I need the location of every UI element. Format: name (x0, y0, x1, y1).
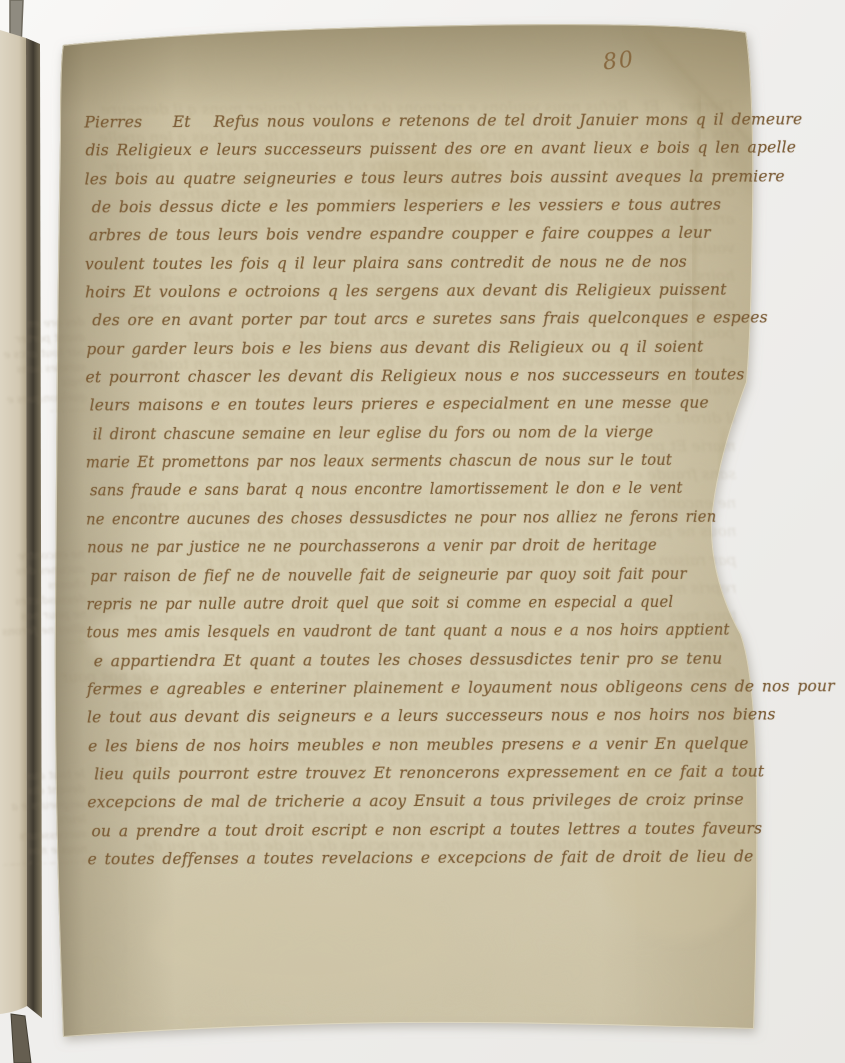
folio-number: 80 (602, 47, 636, 75)
manuscript-text-line: dis Religieux e leurs successeurs puisse… (85, 139, 746, 170)
gutter-shadow (26, 38, 42, 1018)
manuscript-text-line: les bois au quatre seigneuries e tous le… (85, 167, 747, 198)
manuscript-text-line: voulent toutes les fois q il leur plaira… (85, 252, 747, 283)
marginal-show-through: des ore en avant porter par tout arcs e … (0, 315, 88, 414)
manuscript-text-line: lieu quils pourront estre trouvez Et ren… (94, 762, 749, 793)
previous-page-edge (0, 30, 27, 1014)
manuscript-text-line: fermes e agreables e enteriner plainemen… (87, 677, 749, 708)
manuscript-text-line: il diront chascune semaine en leur eglis… (93, 422, 715, 453)
manuscript-text-line: tous mes amis lesquels en vaudront de ta… (87, 621, 716, 652)
manuscript-text-line: de bois dessus dicte e les pommiers lesp… (92, 196, 747, 227)
manuscript-text-line: e les biens de nos hoirs meubles e non m… (88, 734, 749, 765)
manuscript-text-line: marie Et promettons par nos leaux sermen… (86, 451, 715, 482)
manuscript-text-block: Pierres Et Refus nous voulons e retenons… (84, 111, 749, 879)
manuscript-text-line: excepcions de mal de tricherie a acoy En… (87, 791, 749, 822)
manuscript-text-line: e toutes deffenses a toutes revelacions … (88, 847, 750, 878)
manuscript-text-line: nous ne par justice ne ne pourchasserons… (87, 536, 715, 567)
marginal-show-through: le tout aus devant dis seigneurs e a leu… (0, 767, 88, 866)
manuscript-text-line: Pierres Et Refus nous voulons e retenons… (84, 111, 746, 142)
manuscript-text-line: arbres de tous leurs bois vendre espandr… (89, 224, 747, 255)
manuscript-text-line: par raison de fief ne de nouvelle fait d… (90, 564, 715, 595)
manuscript-text-line: repris ne par nulle autre droit quel que… (86, 593, 715, 624)
manuscript-text-line: ou a prendre a tout droit escript e non … (91, 819, 749, 850)
marginal-show-through: ne encontre aucunes des choses dessusdic… (0, 547, 88, 646)
stain (150, 890, 450, 990)
manuscript-scan: Pierres Et Refus nous voulons e retenons… (0, 0, 845, 1063)
manuscript-text-line: des ore en avant porter par tout arcs e … (92, 309, 747, 340)
manuscript-text-line: et pourront chascer les devant dis Relig… (85, 366, 747, 397)
manuscript-text-line: hoirs Et voulons e octroions q les serge… (85, 281, 747, 312)
manuscript-text-line: pour garder leurs bois e les biens aus d… (86, 337, 747, 368)
manuscript-text-line: leurs maisons e en toutes leurs prieres … (90, 394, 748, 425)
manuscript-text-line: sans fraude e sans barat q nous encontre… (90, 479, 715, 510)
manuscript-text-line: le tout aus devant dis seigneurs e a leu… (87, 706, 749, 737)
manuscript-text-line: e appartiendra Et quant a toutes les cho… (94, 649, 749, 680)
manuscript-text-line: ne encontre aucunes des choses dessusdic… (86, 508, 715, 539)
